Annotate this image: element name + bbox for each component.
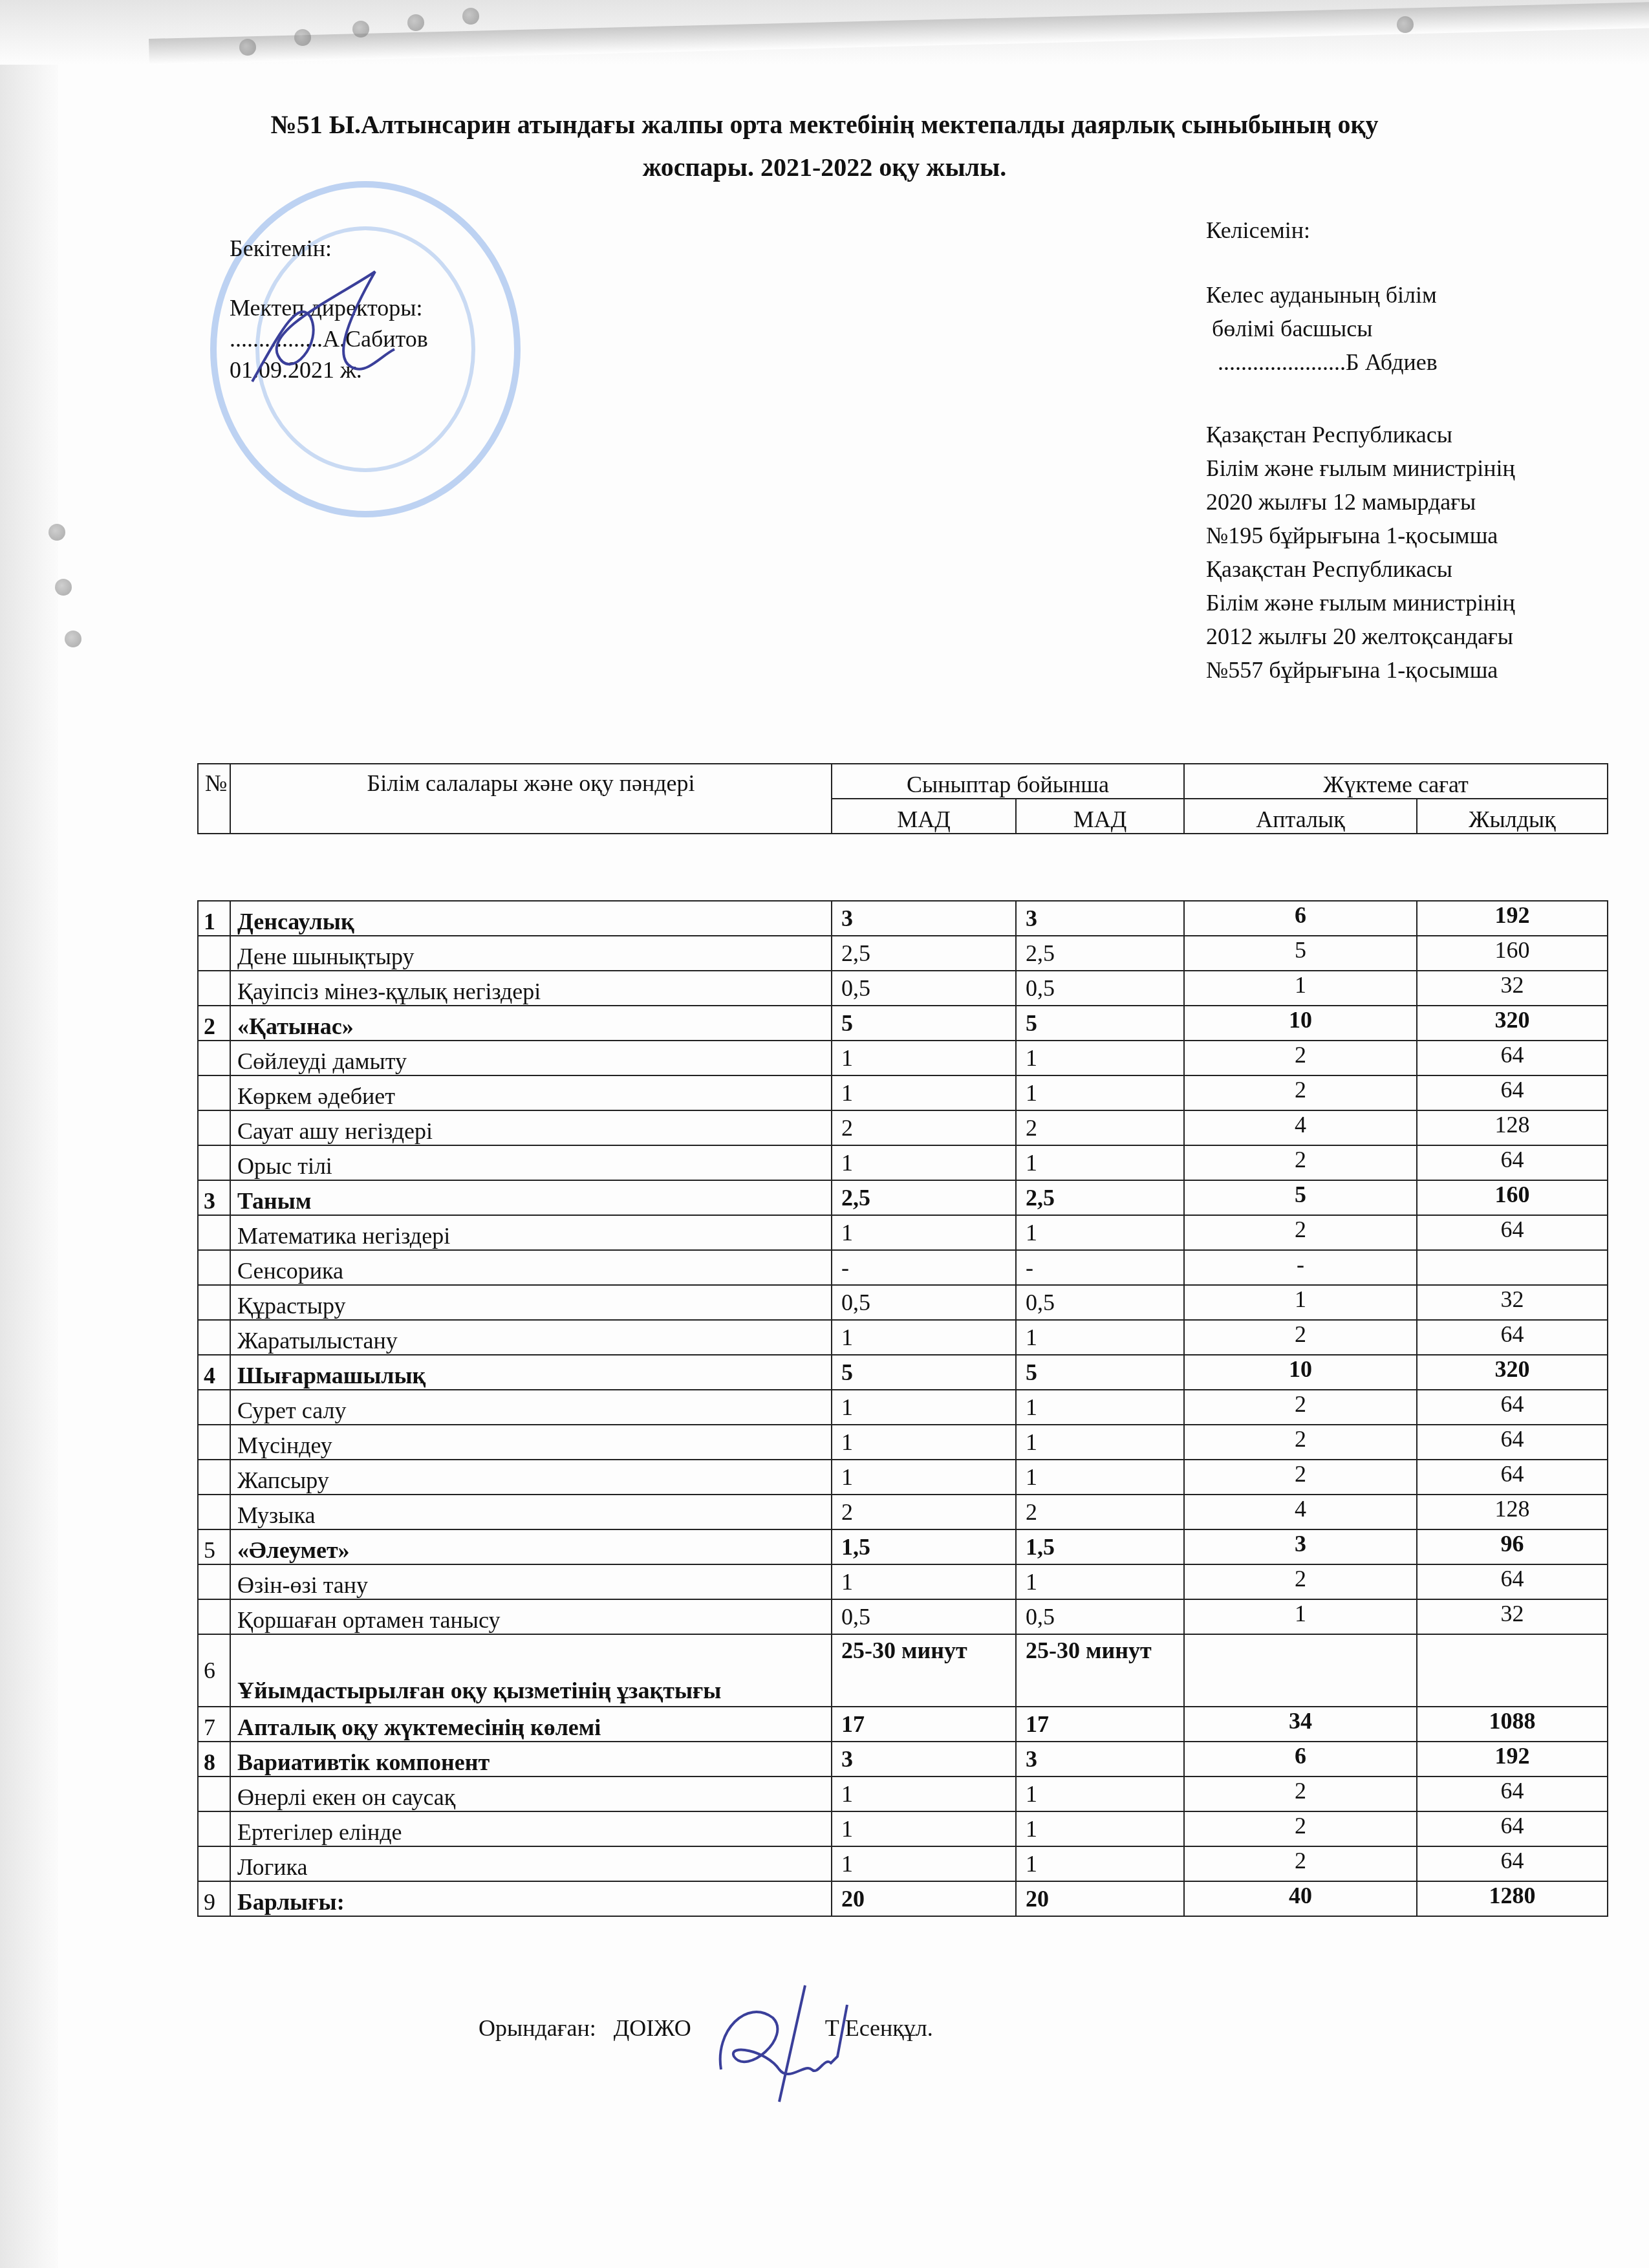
row-mad-1: 1 [832, 1390, 1016, 1425]
footer-label: Орындаған: [479, 2014, 596, 2042]
row-subject: Қоршаған ортамен танысу [230, 1599, 832, 1634]
table-row: Сенсорика--- [198, 1250, 1608, 1285]
row-weekly-hours: 2 [1184, 1564, 1417, 1599]
row-yearly-hours: 96 [1417, 1529, 1608, 1564]
row-yearly-hours: 64 [1417, 1564, 1608, 1599]
row-weekly-hours: 2 [1184, 1145, 1417, 1180]
punch-hole-icon [48, 524, 65, 541]
row-mad-2: 1 [1016, 1425, 1184, 1460]
row-subject: Қауіпсіз мінез-құлық негіздері [230, 971, 832, 1006]
row-number [198, 936, 230, 971]
row-weekly-hours: 2 [1184, 1460, 1417, 1495]
row-yearly-hours: 128 [1417, 1495, 1608, 1529]
row-mad-1: 1 [832, 1811, 1016, 1846]
row-mad-2: 1 [1016, 1460, 1184, 1495]
row-mad-2: 1 [1016, 1811, 1184, 1846]
table-row: Жаратылыстану11264 [198, 1320, 1608, 1355]
row-yearly-hours [1417, 1634, 1608, 1707]
row-weekly-hours: 4 [1184, 1495, 1417, 1529]
row-subject: Орыс тілі [230, 1145, 832, 1180]
row-yearly-hours: 64 [1417, 1145, 1608, 1180]
approve-date: 01.09.2021 ж. [230, 354, 428, 385]
row-number [198, 1145, 230, 1180]
row-mad-1: 1,5 [832, 1529, 1016, 1564]
row-mad-1: 3 [832, 901, 1016, 936]
row-subject: Таным [230, 1180, 832, 1215]
row-mad-2: 1 [1016, 1777, 1184, 1811]
table-row: Орыс тілі11264 [198, 1145, 1608, 1180]
header-classes-group: Сыныптар бойынша [832, 764, 1184, 799]
table-row: Сөйлеуді дамыту11264 [198, 1041, 1608, 1075]
table-row: Мүсіндеу11264 [198, 1425, 1608, 1460]
row-yearly-hours: 64 [1417, 1390, 1608, 1425]
row-subject: Логика [230, 1846, 832, 1881]
row-weekly-hours: 2 [1184, 1846, 1417, 1881]
annex-line: 2020 жылғы 12 мамырдағы [1206, 485, 1515, 519]
row-subject: Дене шынықтыру [230, 936, 832, 971]
row-weekly-hours: 2 [1184, 1811, 1417, 1846]
punch-hole-icon [294, 29, 311, 46]
row-yearly-hours: 128 [1417, 1110, 1608, 1145]
row-yearly-hours: 64 [1417, 1460, 1608, 1495]
row-yearly-hours: 320 [1417, 1006, 1608, 1041]
row-mad-1: 1 [832, 1425, 1016, 1460]
row-number [198, 1599, 230, 1634]
row-mad-2: 20 [1016, 1881, 1184, 1916]
table-row: 9Барлығы:2020401280 [198, 1881, 1608, 1916]
row-number [198, 1425, 230, 1460]
row-number: 1 [198, 901, 230, 936]
row-mad-2: 25-30 минут [1016, 1634, 1184, 1707]
row-number [198, 1777, 230, 1811]
header-num: № [198, 764, 230, 834]
row-mad-2: 0,5 [1016, 971, 1184, 1006]
row-mad-2: 5 [1016, 1355, 1184, 1390]
table-row: Өнерлі екен он саусақ11264 [198, 1777, 1608, 1811]
table-row: Қоршаған ортамен танысу0,50,5132 [198, 1599, 1608, 1634]
row-mad-1: 25-30 минут [832, 1634, 1016, 1707]
header-subject: Білім салалары және оқу пәндері [230, 764, 832, 834]
row-mad-2: 2 [1016, 1495, 1184, 1529]
row-weekly-hours: 4 [1184, 1110, 1417, 1145]
row-mad-1: 1 [832, 1215, 1016, 1250]
row-mad-2: 1 [1016, 1564, 1184, 1599]
row-subject: Музыка [230, 1495, 832, 1529]
annex-line: Қазақстан Республикасы [1206, 418, 1515, 451]
row-number: 5 [198, 1529, 230, 1564]
annex-line: №195 бұйрығына 1-қосымша [1206, 519, 1515, 552]
row-number: 4 [198, 1355, 230, 1390]
approve-role: Мектеп директоры: [230, 292, 428, 323]
row-subject: Жаратылыстану [230, 1320, 832, 1355]
annex-line: Қазақстан Республикасы [1206, 552, 1515, 586]
row-mad-1: 5 [832, 1006, 1016, 1041]
row-number [198, 1811, 230, 1846]
curriculum-table-header: № Білім салалары және оқу пәндері Сыныпт… [197, 763, 1608, 834]
row-subject: Өнерлі екен он саусақ [230, 1777, 832, 1811]
row-number: 2 [198, 1006, 230, 1041]
approve-label: Бекітемін: [230, 233, 428, 264]
row-mad-2: 1 [1016, 1145, 1184, 1180]
row-weekly-hours: 2 [1184, 1075, 1417, 1110]
row-subject: «Қатынас» [230, 1006, 832, 1041]
table-row: 1Денсаулық336192 [198, 901, 1608, 936]
row-subject: Ертегілер елінде [230, 1811, 832, 1846]
row-mad-1: 1 [832, 1777, 1016, 1811]
row-number [198, 1495, 230, 1529]
row-mad-1: 17 [832, 1707, 1016, 1742]
row-subject: «Әлеумет» [230, 1529, 832, 1564]
row-yearly-hours: 64 [1417, 1075, 1608, 1110]
row-subject: Барлығы: [230, 1881, 832, 1916]
punch-hole-icon [352, 21, 369, 38]
table-row: Сауат ашу негіздері224128 [198, 1110, 1608, 1145]
row-yearly-hours: 64 [1417, 1846, 1608, 1881]
row-mad-2: 17 [1016, 1707, 1184, 1742]
table-row: 4Шығармашылық5510320 [198, 1355, 1608, 1390]
row-number [198, 1075, 230, 1110]
row-yearly-hours: 1088 [1417, 1707, 1608, 1742]
table-row: Сурет салу11264 [198, 1390, 1608, 1425]
row-mad-1: 20 [832, 1881, 1016, 1916]
table-row: Математика негіздері11264 [198, 1215, 1608, 1250]
row-mad-1: 1 [832, 1564, 1016, 1599]
approve-signature-line: ................А.Сабитов [230, 323, 428, 354]
row-yearly-hours: 32 [1417, 1285, 1608, 1320]
row-mad-2: 0,5 [1016, 1599, 1184, 1634]
agreement-block: Келісемін: Келес ауданының білім бөлімі … [1206, 213, 1515, 687]
table-row: Құрастыру0,50,5132 [198, 1285, 1608, 1320]
row-weekly-hours: - [1184, 1250, 1417, 1285]
table-row: Қауіпсіз мінез-құлық негіздері0,50,5132 [198, 971, 1608, 1006]
header-weekly: Апталық [1184, 799, 1417, 834]
table-row: 3Таным2,52,55160 [198, 1180, 1608, 1215]
row-number [198, 1460, 230, 1495]
row-mad-1: 0,5 [832, 1285, 1016, 1320]
row-subject: Сенсорика [230, 1250, 832, 1285]
punch-hole-icon [407, 14, 424, 31]
punch-hole-icon [462, 8, 479, 25]
row-yearly-hours: 320 [1417, 1355, 1608, 1390]
scanned-page: №51 Ы.Алтынсарин атындағы жалпы орта мек… [0, 0, 1649, 2268]
row-mad-1: 2,5 [832, 936, 1016, 971]
row-yearly-hours: 64 [1417, 1041, 1608, 1075]
table-row: Логика11264 [198, 1846, 1608, 1881]
row-mad-2: 5 [1016, 1006, 1184, 1041]
row-mad-1: 1 [832, 1145, 1016, 1180]
document-title: №51 Ы.Алтынсарин атындағы жалпы орта мек… [194, 103, 1455, 189]
row-mad-1: 2 [832, 1110, 1016, 1145]
punch-hole-icon [65, 631, 81, 647]
annex-line: Білім және ғылым министрінің [1206, 451, 1515, 485]
table-row: 6Ұйымдастырылған оқу қызметінің ұзақтығы… [198, 1634, 1608, 1707]
agree-role-line-2: бөлімі басшысы [1206, 312, 1515, 345]
row-mad-1: 1 [832, 1075, 1016, 1110]
table-row: Жапсыру11264 [198, 1460, 1608, 1495]
row-yearly-hours: 160 [1417, 936, 1608, 971]
row-mad-1: 2,5 [832, 1180, 1016, 1215]
row-weekly-hours: 2 [1184, 1215, 1417, 1250]
row-weekly-hours: 6 [1184, 901, 1417, 936]
row-mad-2: 1 [1016, 1041, 1184, 1075]
row-mad-2: 1 [1016, 1215, 1184, 1250]
table-row: 7Апталық оқу жүктемесінің көлемі17173410… [198, 1707, 1608, 1742]
table-row: Көркем әдебиет11264 [198, 1075, 1608, 1110]
row-subject: Сөйлеуді дамыту [230, 1041, 832, 1075]
table-row: Ертегілер елінде11264 [198, 1811, 1608, 1846]
row-weekly-hours: 10 [1184, 1006, 1417, 1041]
row-number [198, 1250, 230, 1285]
row-weekly-hours: 40 [1184, 1881, 1417, 1916]
table-row: Дене шынықтыру2,52,55160 [198, 936, 1608, 971]
row-number [198, 1215, 230, 1250]
row-subject: Ұйымдастырылған оқу қызметінің ұзақтығы [230, 1634, 832, 1707]
row-number: 9 [198, 1881, 230, 1916]
row-weekly-hours [1184, 1634, 1417, 1707]
row-weekly-hours: 1 [1184, 1599, 1417, 1634]
row-yearly-hours: 64 [1417, 1777, 1608, 1811]
row-number [198, 1564, 230, 1599]
row-subject: Мүсіндеу [230, 1425, 832, 1460]
agree-role-line-1: Келес ауданының білім [1206, 278, 1515, 312]
row-yearly-hours: 64 [1417, 1425, 1608, 1460]
row-subject: Құрастыру [230, 1285, 832, 1320]
row-mad-2: 1 [1016, 1846, 1184, 1881]
row-mad-2: 1,5 [1016, 1529, 1184, 1564]
row-yearly-hours: 192 [1417, 901, 1608, 936]
row-number [198, 1110, 230, 1145]
table-row: 5«Әлеумет»1,51,5396 [198, 1529, 1608, 1564]
table-row: Өзін-өзі тану11264 [198, 1564, 1608, 1599]
punch-hole-icon [1397, 16, 1414, 33]
row-mad-1: 0,5 [832, 1599, 1016, 1634]
row-number [198, 971, 230, 1006]
row-number [198, 1846, 230, 1881]
row-yearly-hours: 160 [1417, 1180, 1608, 1215]
row-weekly-hours: 2 [1184, 1390, 1417, 1425]
row-yearly-hours: 32 [1417, 971, 1608, 1006]
row-yearly-hours: 64 [1417, 1320, 1608, 1355]
row-weekly-hours: 3 [1184, 1529, 1417, 1564]
header-mad-1: МАД [832, 799, 1016, 834]
annex-line: Білім және ғылым министрінің [1206, 586, 1515, 620]
row-yearly-hours: 64 [1417, 1811, 1608, 1846]
row-weekly-hours: 2 [1184, 1041, 1417, 1075]
row-subject: Көркем әдебиет [230, 1075, 832, 1110]
row-subject: Вариативтік компонент [230, 1742, 832, 1777]
header-mad-2: МАД [1016, 799, 1184, 834]
row-number [198, 1041, 230, 1075]
row-weekly-hours: 6 [1184, 1742, 1417, 1777]
row-yearly-hours: 64 [1417, 1215, 1608, 1250]
row-number [198, 1390, 230, 1425]
agree-signature-line: ......................Б Абдиев [1206, 345, 1515, 379]
footer-name: Т Есенқұл. [825, 2014, 933, 2042]
row-weekly-hours: 1 [1184, 971, 1417, 1006]
row-mad-1: 3 [832, 1742, 1016, 1777]
row-mad-2: - [1016, 1250, 1184, 1285]
row-mad-2: 0,5 [1016, 1285, 1184, 1320]
performer-signature [708, 1979, 863, 2108]
row-weekly-hours: 5 [1184, 936, 1417, 971]
header-yearly: Жылдық [1417, 799, 1608, 834]
table-row: Музыка224128 [198, 1495, 1608, 1529]
row-subject: Өзін-өзі тану [230, 1564, 832, 1599]
row-yearly-hours [1417, 1250, 1608, 1285]
row-weekly-hours: 5 [1184, 1180, 1417, 1215]
curriculum-table-body: 1Денсаулық336192Дене шынықтыру2,52,55160… [197, 900, 1608, 1917]
row-mad-1: 0,5 [832, 971, 1016, 1006]
row-mad-1: 2 [832, 1495, 1016, 1529]
row-subject: Сурет салу [230, 1390, 832, 1425]
row-weekly-hours: 10 [1184, 1355, 1417, 1390]
table-row: 8Вариативтік компонент336192 [198, 1742, 1608, 1777]
row-mad-1: 1 [832, 1460, 1016, 1495]
row-weekly-hours: 2 [1184, 1320, 1417, 1355]
row-mad-1: 5 [832, 1355, 1016, 1390]
title-line-1: №51 Ы.Алтынсарин атындағы жалпы орта мек… [194, 103, 1455, 146]
footer-signoff: Орындаған: ДОІЖО Т Есенқұл. [479, 2014, 933, 2042]
row-weekly-hours: 34 [1184, 1707, 1417, 1742]
row-number: 8 [198, 1742, 230, 1777]
row-mad-1: 1 [832, 1846, 1016, 1881]
row-mad-1: 1 [832, 1320, 1016, 1355]
annex-line: №557 бұйрығына 1-қосымша [1206, 653, 1515, 687]
row-number [198, 1320, 230, 1355]
row-yearly-hours: 1280 [1417, 1881, 1608, 1916]
approval-block: Бекітемін: Мектеп директоры: ...........… [230, 233, 428, 385]
footer-role: ДОІЖО [614, 2014, 691, 2042]
row-mad-1: - [832, 1250, 1016, 1285]
row-yearly-hours: 192 [1417, 1742, 1608, 1777]
row-number [198, 1285, 230, 1320]
row-mad-2: 1 [1016, 1390, 1184, 1425]
row-subject: Жапсыру [230, 1460, 832, 1495]
row-yearly-hours: 32 [1417, 1599, 1608, 1634]
row-mad-2: 1 [1016, 1075, 1184, 1110]
row-mad-2: 2,5 [1016, 936, 1184, 971]
row-mad-2: 3 [1016, 1742, 1184, 1777]
row-subject: Денсаулық [230, 901, 832, 936]
row-weekly-hours: 2 [1184, 1425, 1417, 1460]
punch-hole-icon [239, 39, 256, 56]
row-mad-2: 2 [1016, 1110, 1184, 1145]
annex-line: 2012 жылғы 20 желтоқсандағы [1206, 620, 1515, 653]
row-mad-2: 2,5 [1016, 1180, 1184, 1215]
row-mad-2: 3 [1016, 901, 1184, 936]
scan-left-edge [0, 0, 58, 2268]
row-weekly-hours: 2 [1184, 1777, 1417, 1811]
row-mad-1: 1 [832, 1041, 1016, 1075]
header-load-group: Жүктеме сағат [1184, 764, 1608, 799]
row-subject: Математика негіздері [230, 1215, 832, 1250]
row-weekly-hours: 1 [1184, 1285, 1417, 1320]
punch-hole-icon [55, 579, 72, 596]
table-row: 2«Қатынас»5510320 [198, 1006, 1608, 1041]
row-mad-2: 1 [1016, 1320, 1184, 1355]
row-number: 3 [198, 1180, 230, 1215]
row-number: 7 [198, 1707, 230, 1742]
row-number: 6 [198, 1634, 230, 1707]
row-subject: Апталық оқу жүктемесінің көлемі [230, 1707, 832, 1742]
row-subject: Сауат ашу негіздері [230, 1110, 832, 1145]
agree-label: Келісемін: [1206, 213, 1515, 247]
row-subject: Шығармашылық [230, 1355, 832, 1390]
